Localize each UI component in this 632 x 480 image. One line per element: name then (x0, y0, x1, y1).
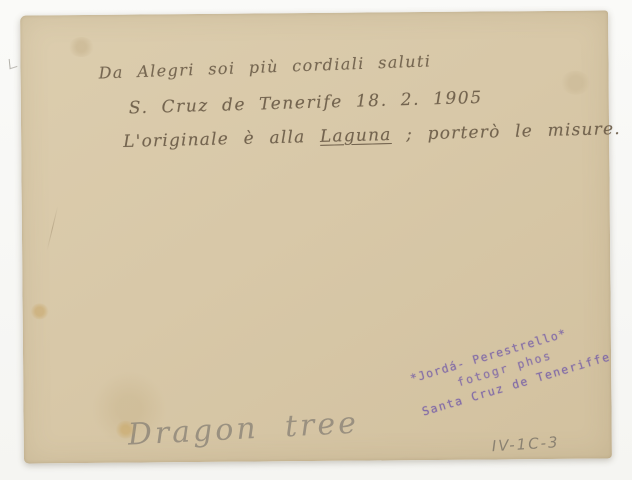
paper-crease (47, 206, 59, 251)
pencil-caption: Dragon tree (127, 406, 360, 453)
handwritten-greeting-line: Da Alegri soi più cordiali saluti (98, 51, 431, 82)
handwritten-note-line: L'originale è alla Laguna ; porterò le m… (123, 119, 621, 152)
paper-stain (31, 303, 49, 319)
photo-card-verso: Da Alegri soi più cordiali saluti S. Cru… (20, 10, 612, 463)
paper-stain (68, 37, 94, 57)
photographer-rubber-stamp: *Jordá- Perestrello* fotogr phos Santa C… (408, 312, 623, 419)
note-text-pre: L'originale è alla (123, 127, 320, 152)
note-text-post: ; porterò le misure. (391, 119, 621, 145)
catalog-number: IV-1C-3 (491, 433, 560, 455)
paper-stain (561, 71, 591, 95)
scanner-margin-mark (9, 57, 18, 70)
note-underlined-word: Laguna (320, 125, 392, 147)
handwritten-place-date-line: S. Cruz de Tenerife 18. 2. 1905 (129, 88, 483, 118)
